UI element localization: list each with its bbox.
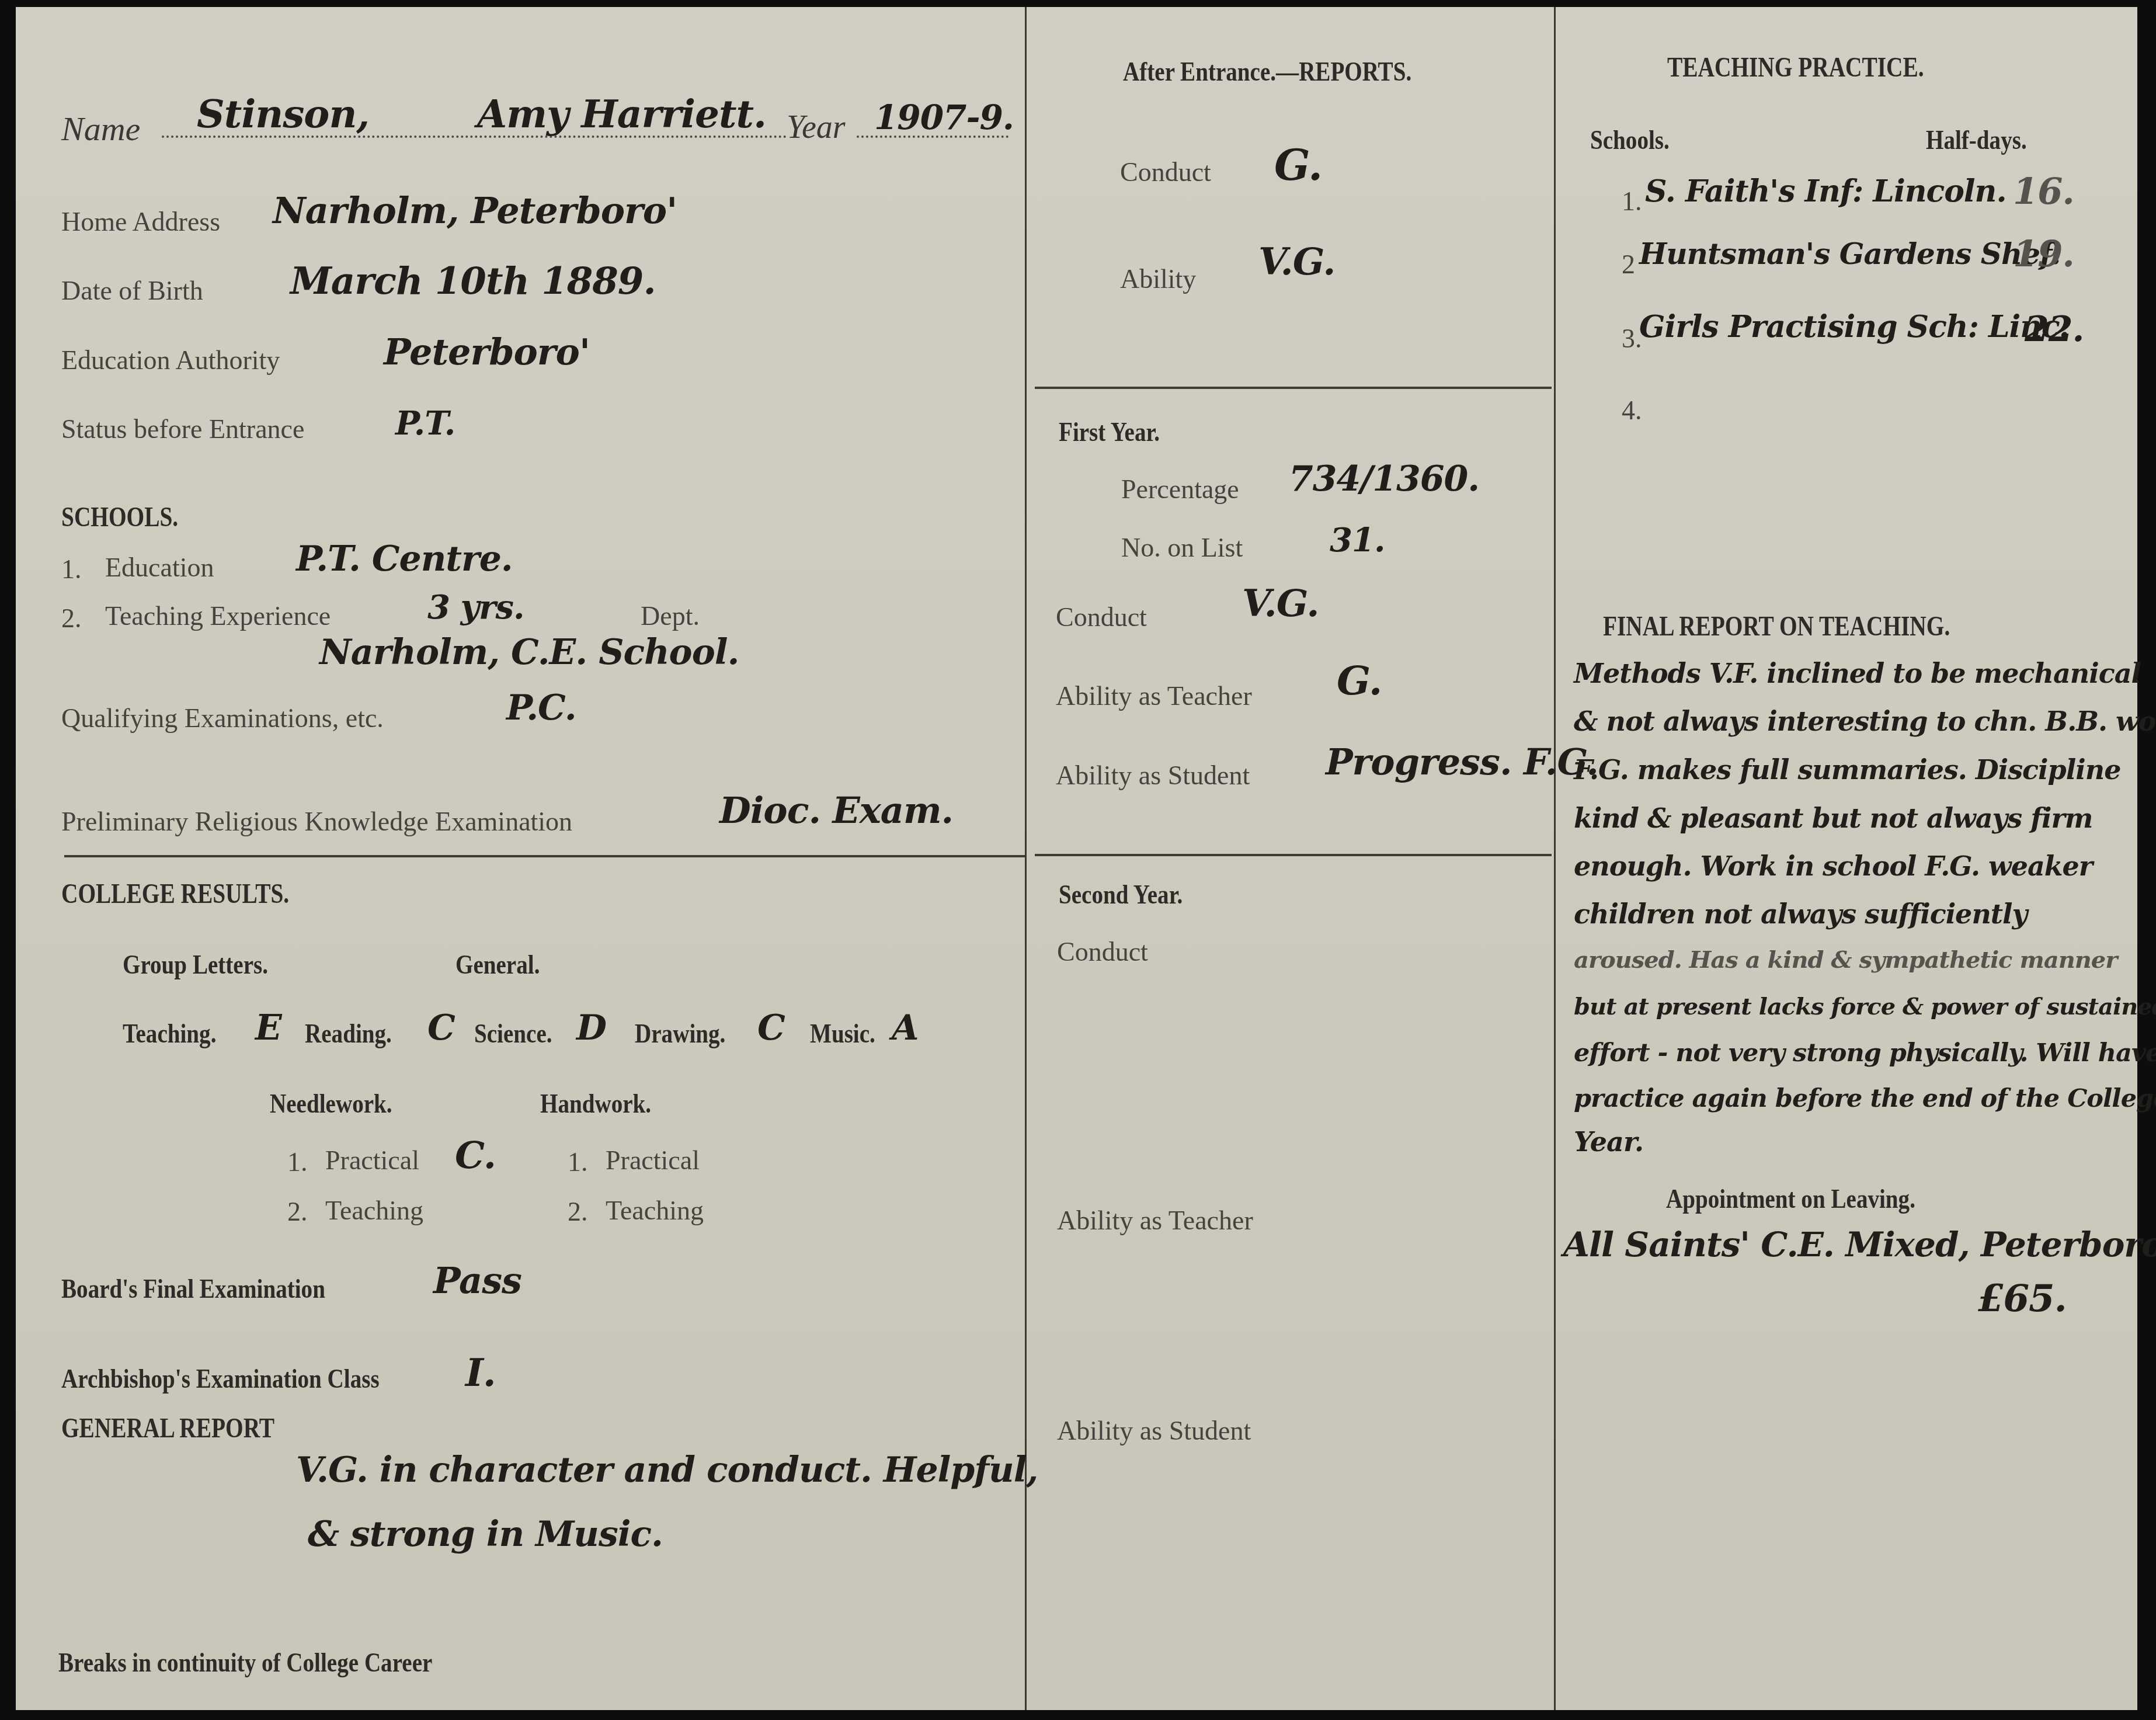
- left-section-divider: [64, 855, 1025, 857]
- name-given-value: Amy Harriett.: [477, 95, 766, 133]
- college-results-heading: COLLEGE RESULTS.: [61, 880, 289, 908]
- practice-row-2-school: Huntsman's Gardens Shef.: [1639, 239, 2060, 269]
- general-report-line-2: & strong in Music.: [308, 1517, 663, 1552]
- teaching-experience-label: Teaching Experience: [105, 603, 331, 630]
- middle-divider-2: [1035, 854, 1552, 856]
- general-label: General.: [455, 951, 540, 978]
- name-label: Name: [61, 112, 140, 146]
- appointment-salary: £65.: [1978, 1280, 2067, 1318]
- handwork-teaching-num: 2.: [568, 1198, 588, 1225]
- general-report-line-1: V.G. in character and conduct. Helpful,: [296, 1453, 1038, 1488]
- practice-row-3-school: Girls Practising Sch: Linc:: [1639, 312, 2070, 342]
- handwork-practical-num: 1.: [568, 1149, 588, 1176]
- education-value: P.T. Centre.: [296, 541, 513, 576]
- practice-row-3-half-days: 22.: [2025, 312, 2084, 347]
- middle-divider-1: [1035, 387, 1552, 389]
- final-report-line-8: but at present lacks force & power of su…: [1574, 995, 2156, 1019]
- after-entrance-conduct-label: Conduct: [1120, 159, 1211, 186]
- final-report-line-3: F.G. makes full summaries. Discipline: [1574, 756, 2120, 783]
- subject-drawing-label: Drawing.: [635, 1020, 725, 1047]
- final-report-line-9: effort - not very strong physically. Wil…: [1574, 1041, 2156, 1066]
- teaching-school-value: Narholm, C.E. School.: [319, 635, 739, 670]
- half-days-column-label: Half-days.: [1926, 127, 2027, 154]
- final-report-line-2: & not always interesting to chn. B.B. wo…: [1574, 708, 2156, 735]
- record-card: Name Stinson, Amy Harriett. Year 1907-9.…: [16, 7, 2137, 1710]
- no-on-list-value: 31.: [1330, 524, 1385, 557]
- first-year-ability-teacher-value: G.: [1337, 661, 1382, 701]
- status-value: P.T.: [395, 407, 455, 440]
- dob-label: Date of Birth: [61, 277, 203, 304]
- needlework-label: Needlework.: [270, 1090, 392, 1117]
- second-year-conduct-label: Conduct: [1057, 939, 1148, 965]
- name-surname-value: Stinson,: [197, 95, 369, 133]
- second-year-heading: Second Year.: [1059, 881, 1183, 908]
- practice-row-1-half-days: 16.: [2013, 173, 2074, 210]
- archbishops-label: Archbishop's Examination Class: [61, 1365, 380, 1392]
- first-year-conduct-value: V.G.: [1242, 585, 1319, 623]
- home-address-value: Narholm, Peterboro': [273, 193, 677, 229]
- schools-column-label: Schools.: [1590, 127, 1670, 154]
- after-entrance-heading: After Entrance.—REPORTS.: [1123, 58, 1411, 85]
- schools-heading: SCHOOLS.: [61, 503, 178, 531]
- education-label: Education: [105, 554, 214, 581]
- dept-label: Dept.: [641, 603, 700, 630]
- first-year-conduct-label: Conduct: [1056, 604, 1147, 631]
- subject-science-grade: D: [576, 1010, 606, 1045]
- needlework-teaching-label: Teaching: [325, 1197, 423, 1224]
- handwork-practical-label: Practical: [606, 1147, 700, 1174]
- practice-row-1-school: S. Faith's Inf: Lincoln.: [1645, 176, 2006, 207]
- final-report-line-1: Methods V.F. inclined to be mechanical: [1574, 660, 2141, 687]
- subject-science-label: Science.: [474, 1020, 552, 1047]
- appointment-value: All Saints' C.E. Mixed, Peterboro': [1563, 1228, 2156, 1262]
- after-entrance-ability-value: V.G.: [1258, 244, 1335, 281]
- education-authority-label: Education Authority: [61, 347, 280, 374]
- teaching-experience-value: 3 yrs.: [427, 591, 524, 624]
- status-label: Status before Entrance: [61, 416, 304, 443]
- subject-reading-grade: C: [427, 1010, 455, 1045]
- boards-final-value: Pass: [433, 1263, 521, 1299]
- final-report-line-6: children not always sufficiently: [1574, 901, 2027, 927]
- year-value: 1907-9.: [874, 100, 1014, 134]
- subject-drawing-grade: C: [757, 1010, 785, 1045]
- needlework-teaching-num: 2.: [287, 1198, 308, 1225]
- subject-music-label: Music.: [810, 1020, 875, 1047]
- religious-value: Dioc. Exam.: [719, 793, 953, 829]
- group-letters-label: Group Letters.: [123, 951, 268, 978]
- boards-final-label: Board's Final Examination: [61, 1276, 325, 1302]
- final-report-line-7: aroused. Has a kind & sympathetic manner: [1574, 948, 2117, 972]
- archbishops-value: I.: [465, 1353, 496, 1392]
- after-entrance-ability-label: Ability: [1120, 266, 1196, 293]
- handwork-label: Handwork.: [540, 1090, 651, 1117]
- percentage-label: Percentage: [1121, 476, 1239, 503]
- no-on-list-label: No. on List: [1121, 534, 1243, 561]
- qualifying-label: Qualifying Examinations, etc.: [61, 705, 384, 732]
- first-year-heading: First Year.: [1059, 419, 1160, 446]
- final-report-line-11: Year.: [1574, 1128, 1643, 1155]
- general-report-label: GENERAL REPORT: [61, 1415, 274, 1443]
- teaching-num: 2.: [61, 605, 82, 632]
- subject-teaching-label: Teaching.: [123, 1020, 216, 1047]
- final-report-line-5: enough. Work in school F.G. weaker: [1574, 853, 2092, 880]
- needlework-practical-grade: C.: [455, 1137, 496, 1175]
- breaks-label: Breaks in continuity of College Career: [58, 1649, 432, 1676]
- handwork-teaching-label: Teaching: [606, 1197, 704, 1224]
- home-address-label: Home Address: [61, 209, 220, 235]
- appointment-heading: Appointment on Leaving.: [1666, 1186, 1915, 1212]
- percentage-value: 734/1360.: [1289, 461, 1479, 496]
- first-year-ability-student-value: Progress. F.G.: [1326, 744, 1598, 780]
- teaching-practice-heading: TEACHING PRACTICE.: [1667, 54, 1924, 82]
- practice-row-1-num: 1.: [1622, 188, 1642, 215]
- practice-row-4-num: 4.: [1622, 397, 1642, 424]
- first-year-ability-student-label: Ability as Student: [1056, 762, 1250, 789]
- final-report-line-4: kind & pleasant but not always firm: [1574, 805, 2092, 832]
- needlework-practical-label: Practical: [325, 1147, 419, 1174]
- subject-reading-label: Reading.: [305, 1020, 392, 1047]
- second-year-ability-student-label: Ability as Student: [1057, 1417, 1251, 1444]
- subject-music-grade: A: [892, 1010, 919, 1045]
- first-year-ability-teacher-label: Ability as Teacher: [1056, 683, 1252, 710]
- final-report-heading: FINAL REPORT ON TEACHING.: [1603, 613, 1950, 641]
- needlework-practical-num: 1.: [287, 1149, 308, 1176]
- subject-teaching-grade: E: [255, 1010, 281, 1045]
- education-authority-value: Peterboro': [384, 334, 590, 370]
- qualifying-value: P.C.: [506, 690, 576, 725]
- religious-label: Preliminary Religious Knowledge Examinat…: [61, 808, 572, 835]
- column-divider-2: [1554, 7, 1556, 1710]
- final-report-line-10: practice again before the end of the Col…: [1574, 1086, 2156, 1111]
- year-label: Year: [787, 111, 846, 144]
- dob-value: March 10th 1889.: [290, 263, 656, 300]
- practice-row-2-num: 2: [1622, 251, 1635, 278]
- practice-row-2-half-days: 19.: [2013, 236, 2074, 272]
- second-year-ability-teacher-label: Ability as Teacher: [1057, 1207, 1253, 1234]
- education-num: 1.: [61, 556, 82, 583]
- after-entrance-conduct-value: G.: [1274, 144, 1322, 186]
